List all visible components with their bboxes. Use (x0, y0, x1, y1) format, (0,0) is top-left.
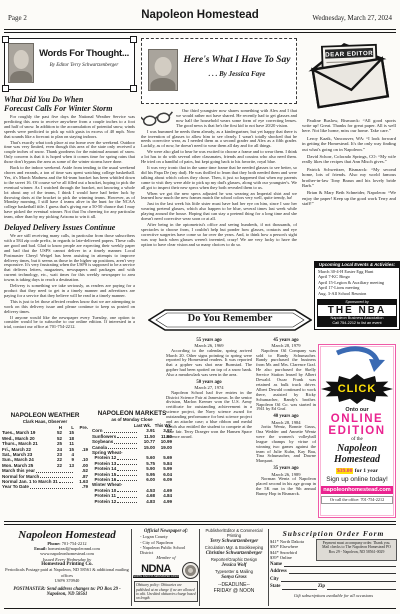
member-of-label: Member of (134, 555, 198, 560)
form-fields: Name Address City (270, 561, 397, 584)
masthead-divider (268, 529, 269, 606)
article-paragraph: It was very ironic that in the same time… (141, 166, 297, 191)
dot-leader (36, 472, 73, 473)
article-body: For roughly the past five days the Natio… (4, 115, 135, 220)
dot-leader (117, 475, 137, 476)
corner-pin-icon (130, 36, 137, 43)
header-rule-thin (4, 32, 396, 33)
field-blank-line (284, 566, 396, 567)
events-header: Upcoming Local Events & Activities: (315, 262, 399, 268)
commodity-label: Protein 12 (92, 499, 116, 504)
masthead-contact: Napoleon Homestead Phone: 701-754-2212 E… (4, 529, 130, 598)
article-paragraph: We were also glad to hear he was excited… (141, 150, 297, 165)
staff-name: Christine Schwartzenberger (201, 551, 267, 557)
staff-name: Terry Schwartzenberger (201, 539, 267, 545)
staff-role: Circulation Mgr. & Bookkeeping (201, 546, 267, 551)
summary-value: .79 (74, 484, 88, 489)
ad-price: $39.00 (336, 468, 353, 474)
ad-edition-word: EDITION (319, 425, 395, 437)
click-arrow-icon (319, 345, 395, 373)
corner-pin-icon (2, 85, 9, 92)
form-field-line: State Zip (270, 583, 397, 591)
dot-leader (117, 459, 137, 460)
dot-leader (117, 497, 137, 498)
newspaper-page: Page 2 Napoleon Homestead Wednesday, Mar… (0, 0, 400, 614)
staff-entry: Reporter/Graphic Design Jessica Wolf (201, 558, 267, 568)
right-column: DEAR EDITOR Pauline Buslow, Bismarck: “A… (302, 40, 396, 209)
do-you-remember-title: Do You Remember (148, 313, 312, 324)
dot-leader (59, 482, 73, 483)
eyeglasses-icon (141, 110, 173, 127)
dot-leader (30, 488, 73, 489)
editor-portrait (8, 43, 34, 83)
column-byline: . . . By Jessica Faye (182, 69, 292, 80)
field-blank-line (282, 589, 316, 590)
postmaster-note: POSTMASTER: Send address changes to: PO … (4, 587, 130, 598)
field-label: State (270, 583, 280, 591)
click-starburst[interactable]: CLICK (319, 373, 395, 405)
field-blank-line (327, 589, 396, 590)
staff-list: Publisher/Editor & Commercial Printing T… (201, 529, 267, 580)
column-title-text: Here's What I Have To Say (184, 55, 291, 65)
online-edition-ad[interactable]: CLICK Onto our ONLINE EDITION of the Nap… (318, 344, 396, 518)
memory-entry: 40 years ago March 28, 1984 Jorita Wentz… (256, 414, 316, 464)
sponsor-name: THE NBA (318, 305, 396, 316)
column-title: Words For Thought... (37, 48, 131, 59)
official-item: - Napoleon Public School District (134, 545, 198, 555)
left-column: Words For Thought... By Editor Terry Sch… (4, 38, 135, 331)
words-for-thought-masthead: Words For Thought... By Editor Terry Sch… (4, 38, 135, 90)
dot-leader (117, 470, 137, 471)
dot-leader (117, 437, 137, 438)
price-last-week: 6.00 (138, 477, 155, 482)
gift-subscriptions-note: Gift subscriptions available for all occ… (270, 593, 397, 598)
letter: Leroy Kazik, Vancouver, WA: “I look forw… (302, 136, 396, 152)
ad-price-term: for 1 year (353, 468, 378, 474)
events-box: Upcoming Local Events & Activities: Marc… (314, 261, 400, 330)
article-body: Our third youngster now shares something… (141, 109, 297, 247)
field-blank-line (289, 573, 396, 574)
markets-rows: Corn 3.91 3.97 Sunflowers 11.50 11.80 So… (92, 428, 172, 504)
dot-leader (108, 448, 137, 449)
dot-leader (104, 432, 138, 433)
col-precip: Pre. (74, 425, 88, 430)
weather-rows: Tues., March 19 52 15 Wed., March 20 52 … (2, 430, 88, 468)
memory-entry: 45 years ago March 28, 1979 Napoleon Oil… (256, 338, 316, 412)
masthead-rule-thick (4, 521, 396, 522)
price-this-week: 19.00 (155, 445, 172, 450)
column-byline: By Editor Terry Schwartzenberger (37, 63, 131, 68)
weather-low: 13 (62, 463, 74, 468)
article-paragraph: When we got the new specs adjusted he wa… (141, 192, 297, 202)
field-label: Zip (318, 583, 325, 591)
subscription-form: Subscription Order Form $41* North Dakot… (270, 529, 397, 598)
ad-price-line: $39.00 for 1 year (319, 468, 395, 474)
memory-entry: 50 years ago March 27, 1974 Napoleon Sch… (166, 380, 252, 440)
memory-text: Napoleon School had five entries in the … (166, 391, 252, 440)
market-row: Protein 12 4.83 4.99 (92, 499, 172, 504)
weather-high: 22 (50, 463, 62, 468)
dot-leader (117, 480, 137, 481)
do-you-remember-column-right: 45 years ago March 28, 1979 Napoleon Oil… (256, 336, 316, 496)
letter: Brian & Mary Beth Schneider, Napoleon: “… (302, 190, 396, 206)
article-paragraph: Back to the indoor weekend. Aside from t… (4, 166, 135, 220)
field-label: City (270, 576, 279, 584)
sponsor-call: Call 754-2212 to list an event (318, 321, 396, 326)
weather-summary-row: Year To Date .79 (2, 484, 88, 489)
dear-editor-envelope-icon: DEAR EDITOR (302, 40, 396, 115)
article-paragraph: For roughly the past five days the Natio… (4, 115, 135, 140)
staff-name: Jessica Wolf (201, 563, 267, 569)
form-field-line: City (270, 576, 397, 584)
dot-leader (117, 464, 137, 465)
markets-title: NAPOLEON MARKETS (92, 410, 172, 417)
subscription-rates: $41* North Dakota$50* Elsewhere$44* Snow… (270, 539, 316, 561)
events-list: March 30-4-H Easter Egg HuntApril 7-KC B… (315, 268, 399, 297)
header-rule-thick (4, 29, 396, 30)
memory-text: Napoleon Oil Company was sold to Randy S… (256, 349, 316, 413)
memory-entry: 35 years ago March 26, 1989 Norman Wentz… (256, 466, 316, 496)
dot-leader (40, 477, 73, 478)
form-field-line: Name (270, 561, 397, 569)
field-blank-line (281, 581, 396, 582)
article-headline: Delayed Delivery Issues Continue (4, 223, 135, 232)
masthead-official: Official Newspaper of: - Logan County- C… (134, 529, 198, 602)
price-last-week: 15.00 (138, 445, 155, 450)
price-last-week: 4.83 (138, 499, 155, 504)
price-this-week: 6.09 (155, 477, 172, 482)
markets-subtitle: as of Monday Close (92, 417, 172, 422)
dot-leader (117, 491, 137, 492)
article-headline: What Did You Do When Forecast Calls For … (4, 95, 135, 113)
heres-what-masthead: Here's What I Have To Say . . . By Jessi… (141, 38, 297, 104)
masthead-postage: Periodicals Postage paid at Napoleon, ND… (4, 567, 130, 577)
staff-entry: Typesetter & Mailing Sonya Gross (201, 570, 267, 580)
article-paragraph: That's exactly what took place at our ho… (4, 141, 135, 166)
masthead-divider (131, 529, 132, 606)
article-paragraph: This is just to let those affected reade… (4, 300, 135, 315)
memory-entry: 55 years ago March 26, 1969 According to… (166, 338, 252, 378)
obituary-policy: Obituary policy: Obituaries are publishe… (134, 581, 198, 602)
article-paragraph: Just in the last week his little sister … (141, 202, 297, 222)
staff-entry: Publisher/Editor & Commercial Printing T… (201, 529, 267, 544)
weather-table: NAPOLEON WEATHER Clark Haas, Observer H … (2, 412, 88, 490)
article-paragraph: We are still receiving many calls, in pa… (4, 234, 135, 283)
corner-pin-icon (2, 36, 9, 43)
field-label: Name (270, 561, 282, 569)
deadline-value: FRIDAY @ NOON (201, 588, 267, 594)
payment-note: Payment must accompany order. Thank you.… (316, 539, 397, 561)
memory-text: According to the calendar, spring arrive… (166, 349, 252, 378)
staff-entry: Circulation Mgr. & Bookkeeping Christine… (201, 546, 267, 556)
column-title: Here's What I Have To Say . . . By Jessi… (182, 55, 292, 80)
weather-precip: .19 (74, 447, 88, 452)
letter: Pauline Buslow, Bismarck: “All good spor… (302, 118, 396, 134)
masthead-usps: USPS 370940 (4, 578, 130, 583)
official-list: - Logan County- City of Napoleon- Napole… (134, 534, 198, 555)
ad-phone-note: Or call the office: 701-754-2212 (321, 496, 393, 504)
click-label[interactable]: CLICK (319, 383, 395, 395)
issue-date: Wednesday, March 27, 2024 (312, 14, 392, 22)
article-paragraph: Delivery is something we take seriously,… (4, 284, 135, 299)
corner-pin-icon (130, 85, 137, 92)
do-you-remember-column-left: 55 years ago March 26, 1969 According to… (166, 336, 252, 440)
dot-leader (117, 502, 137, 503)
article-paragraph: After being in the optometrist's office … (141, 223, 297, 248)
staff-role: Publisher/Editor & Commercial Printing (201, 529, 267, 539)
ndna-logo: NDNA NORTH DAKOTA NEWSPAPER ASSOCIATION (134, 562, 198, 579)
masthead-rule-thin (4, 524, 396, 525)
ad-signup-text: Sign up online today! (319, 476, 395, 483)
do-you-remember-banner: Do You Remember (148, 308, 312, 332)
letter: David Schorr, Colorado Springs, CO: “My … (302, 154, 396, 164)
memory-text: Jorita Wentz, Bonnie Gruss, Ona Wedder a… (256, 425, 316, 464)
price-this-week: 4.99 (155, 499, 172, 504)
ad-brand-name: Napoleon Homestead (319, 444, 395, 465)
sponsor-box: Sponsored by THE NBA Napoleon Business A… (317, 299, 397, 327)
masthead-divider (199, 529, 200, 606)
letter: Patrick Schweitzer, Bismarck: “My second… (302, 167, 396, 188)
columnist-portrait (148, 49, 178, 91)
ndna-wordmark: NDNA (133, 564, 179, 575)
ndna-tagline: NORTH DAKOTA NEWSPAPER ASSOCIATION (133, 575, 179, 579)
masthead-title: Napoleon Homestead (4, 529, 130, 541)
staff-role: Reporter/Graphic Design (201, 558, 267, 563)
dot-leader (114, 443, 137, 444)
weather-title: NAPOLEON WEATHER (2, 412, 88, 419)
page-header: Page 2 Napoleon Homestead Wednesday, Mar… (8, 9, 392, 27)
middle-column: Here's What I Have To Say . . . By Jessi… (141, 38, 297, 248)
memory-text: Norman Wentz of Napoleon placed second i… (256, 477, 316, 497)
ad-website-link[interactable]: napoleonhomestead.com (321, 486, 393, 494)
ad-online-word: ONLINE (319, 413, 395, 425)
event-item: Aug. 3-All School Reunion (319, 291, 399, 296)
staff-name: Sonya Gross (201, 575, 267, 581)
summary-label: Year To Date (2, 484, 29, 489)
article-paragraph: If anyone would like the newspaper every… (4, 316, 135, 331)
subscription-title: Subscription Order Form (270, 529, 397, 538)
letters-to-editor: Pauline Buslow, Bismarck: “All good spor… (302, 118, 396, 206)
article-body: We are still receiving many calls, in pa… (4, 234, 135, 330)
bottom-rule (4, 608, 396, 609)
masthead-staff: Publisher/Editor & Commercial Printing T… (201, 529, 267, 594)
field-label: Address (270, 568, 287, 576)
weather-observer: Clark Haas, Observer (2, 419, 88, 424)
form-field-line: Address (270, 568, 397, 576)
association-seal-icon (182, 562, 199, 579)
weather-summary: March this year .52 Normal for March .87… (2, 468, 88, 490)
markets-table: NAPOLEON MARKETS as of Monday Close Last… (92, 410, 172, 504)
article-paragraph: I was bummed he needs them already, as a… (141, 130, 297, 150)
